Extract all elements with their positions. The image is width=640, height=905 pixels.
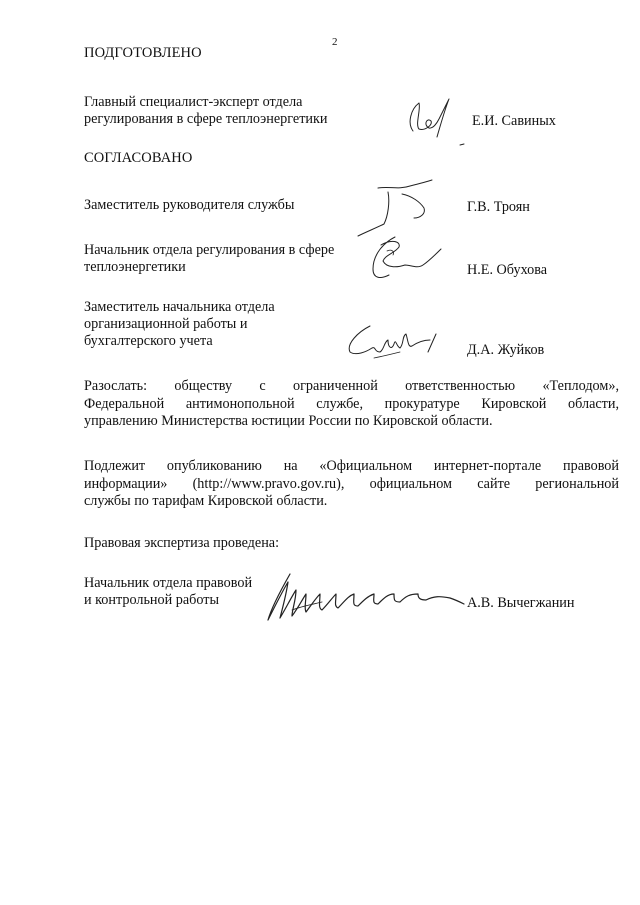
signer-name: Н.Е. Обухова: [467, 262, 547, 279]
publication-line: службы по тарифам Кировской области.: [84, 493, 619, 511]
signer-position-line: теплоэнергетики: [84, 259, 186, 276]
signer-position-line: Заместитель начальника отдела: [84, 299, 275, 316]
signer-position-line: бухгалтерского учета: [84, 333, 213, 350]
publication-line: информации» (http://www.pravo.gov.ru), о…: [84, 476, 619, 494]
signer-position-line: Заместитель руководителя службы: [84, 197, 294, 214]
signer-name: Г.В. Троян: [467, 199, 530, 216]
signer-position-line: Главный специалист-эксперт отдела: [84, 94, 302, 111]
signer-position-line: и контрольной работы: [84, 592, 219, 609]
signer-position-line: Начальник отдела правовой: [84, 575, 252, 592]
signature-obukhova-icon: [365, 235, 455, 283]
distribution-line: Федеральной антимонопольной службе, прок…: [84, 396, 619, 414]
legal-review-statement: Правовая экспертиза проведена:: [84, 535, 279, 552]
prepared-heading: ПОДГОТОВЛЕНО: [84, 45, 202, 62]
signature-savinykh-icon: [405, 95, 465, 145]
signer-position-line: регулирования в сфере теплоэнергетики: [84, 111, 327, 128]
distribution-paragraph: Разослать: обществу с ограниченной ответ…: [84, 378, 619, 431]
agreed-heading: СОГЛАСОВАНО: [84, 150, 192, 167]
signer-name: Д.А. Жуйков: [467, 342, 544, 359]
signature-troyan-icon: [340, 178, 450, 238]
page-number: 2: [332, 34, 338, 51]
signature-zhuikov-icon: [340, 322, 460, 362]
signer-position-line: Начальник отдела регулирования в сфере: [84, 242, 334, 259]
signer-name: А.В. Вычегжанин: [467, 595, 574, 612]
signer-name: Е.И. Савиных: [472, 113, 556, 130]
signer-position-line: организационной работы и: [84, 316, 247, 333]
distribution-line: управлению Министерства юстиции России п…: [84, 413, 619, 431]
publication-line: Подлежит опубликованию на «Официальном и…: [84, 458, 619, 476]
publication-paragraph: Подлежит опубликованию на «Официальном и…: [84, 458, 619, 511]
distribution-line: Разослать: обществу с ограниченной ответ…: [84, 378, 619, 396]
signature-vychegzhanin-icon: [262, 572, 467, 624]
